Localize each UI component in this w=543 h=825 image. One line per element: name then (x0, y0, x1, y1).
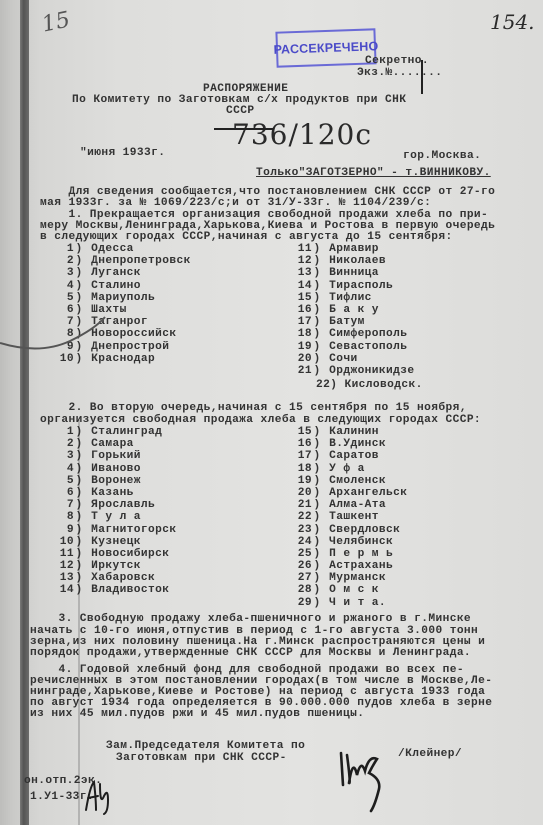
city-name: Батум (322, 316, 365, 328)
city-list-1-extra: 22) Кисловодск. (316, 379, 423, 391)
city-name: Симферополь (322, 328, 407, 340)
bracket: ) (312, 511, 322, 523)
city-name: Сочи (322, 353, 358, 365)
city-name: Тирасполь (322, 280, 393, 292)
bracket: ) (74, 560, 84, 572)
item-number: 15 (286, 292, 312, 304)
city-name: Ярославль (84, 499, 155, 511)
city-name: Воронеж (84, 475, 141, 487)
city-list-item: 24) Челябинск (286, 536, 407, 548)
city-name: Иркутск (84, 560, 141, 572)
paragraph-2-line-2: организуется свободная продажа хлеба в с… (40, 414, 481, 426)
item-number: 21 (286, 499, 312, 511)
city-list-item: 26) Астрахань (286, 560, 407, 572)
city-name: О м с к (322, 584, 379, 596)
bracket: ) (74, 511, 84, 523)
city-list-item: 1) Сталинград (48, 426, 176, 438)
city-name: Алма-Ата (322, 499, 386, 511)
city-name: Владивосток (84, 584, 169, 596)
item-number: 6 (48, 487, 74, 499)
paragraph-4-line-5: из них 45 мил.пудов ржи и 45 мил.пудов п… (30, 708, 364, 720)
city-list-item: 17) Батум (286, 316, 414, 328)
bracket: ) (312, 463, 322, 475)
bracket: ) (312, 560, 322, 572)
bracket: ) (312, 292, 322, 304)
city-list-item: 29) Ч и т а. (286, 597, 407, 609)
registration-number: 736/120с (232, 118, 372, 151)
bracket: ) (74, 463, 84, 475)
item-number: 16 (286, 438, 312, 450)
item-number: 13 (286, 267, 312, 279)
city-name: Луганск (84, 267, 141, 279)
item-number: 4 (48, 280, 74, 292)
bracket: ) (74, 524, 84, 536)
signer-title-1: Зам.Председателя Комитета по (106, 740, 305, 752)
item-number: 16 (286, 304, 312, 316)
bracket: ) (312, 365, 322, 377)
city-list-item: 8) Т у л а (48, 511, 176, 523)
item-number: 21 (286, 365, 312, 377)
city-name: Сталино (84, 280, 141, 292)
paragraph-3-line-4: порядок продажи,утвержденные СНК СССР дл… (30, 647, 471, 659)
item-number: 19 (286, 475, 312, 487)
city-list-item: 11) Армавир (286, 243, 414, 255)
city-name: Севастополь (322, 341, 407, 353)
city-name: Армавир (322, 243, 379, 255)
item-number: 10 (48, 536, 74, 548)
city-list-1-right: 11) Армавир12) Николаев13) Винница14) Ти… (286, 243, 414, 377)
city-list-item: 23) Свердловск (286, 524, 407, 536)
city-name: Горький (84, 450, 141, 462)
addressee: Только"ЗАГОТЗЕРНО" - т.ВИННИКОВУ. (256, 167, 491, 179)
city-name: Днепропетровск (84, 255, 191, 267)
city-list-item: 5) Воронеж (48, 475, 176, 487)
item-number: 18 (286, 328, 312, 340)
document-page: 15 154. РАССЕКРЕЧЕНО Секретно. Экз.№....… (0, 0, 543, 825)
bracket: ) (312, 328, 322, 340)
city-name: Иваново (84, 463, 141, 475)
city-name: Винница (322, 267, 379, 279)
bracket: ) (312, 536, 322, 548)
item-number: 17 (286, 450, 312, 462)
item-number: 19 (286, 341, 312, 353)
city-list-item: 20) Сочи (286, 353, 414, 365)
city-name: Мурманск (322, 572, 386, 584)
item-number: 12 (286, 255, 312, 267)
bracket: ) (74, 548, 84, 560)
item-number: 15 (286, 426, 312, 438)
city-name: Магнитогорск (84, 524, 176, 536)
city-list-item: 2) Днепропетровск (48, 255, 191, 267)
city-list-item: 17) Саратов (286, 450, 407, 462)
bracket: ) (74, 438, 84, 450)
bracket: ) (74, 450, 84, 462)
item-number: 24 (286, 536, 312, 548)
city-name: Казань (84, 487, 134, 499)
bracket: ) (74, 475, 84, 487)
bracket: ) (312, 243, 322, 255)
city-list-item: 20) Архангельск (286, 487, 407, 499)
city-list-2-right: 15) Калинин16) В.Удинск17) Саратов18) У … (286, 426, 407, 609)
city-name: Орджоникидзе (322, 365, 414, 377)
item-number: 23 (286, 524, 312, 536)
city-name: У ф а (322, 463, 365, 475)
city-name: Сталинград (84, 426, 162, 438)
city-list-item: 4) Сталино (48, 280, 191, 292)
city-name: П е р м ь (322, 548, 393, 560)
city-name: В.Удинск (322, 438, 386, 450)
city-list-item: 21) Орджоникидзе (286, 365, 414, 377)
declassified-stamp: РАССЕКРЕЧЕНО (275, 28, 376, 67)
city-list-item: 22) Ташкент (286, 511, 407, 523)
bracket: ) (74, 243, 84, 255)
bracket: ) (312, 524, 322, 536)
city-list-item: 18) Симферополь (286, 328, 414, 340)
pen-stroke-icon (0, 295, 140, 355)
city-name: Ташкент (322, 511, 379, 523)
initials-icon (82, 776, 122, 816)
city-list-item: 3) Горький (48, 450, 176, 462)
city-name: Смоленск (322, 475, 386, 487)
city-name: Хабаровск (84, 572, 155, 584)
city-name: Свердловск (322, 524, 400, 536)
bracket: ) (74, 426, 84, 438)
city-list-item: 21) Алма-Ата (286, 499, 407, 511)
city-list-item: 12) Николаев (286, 255, 414, 267)
city-list-item: 3) Луганск (48, 267, 191, 279)
item-number: 3 (48, 267, 74, 279)
copy-number: Экз.№....... (357, 67, 442, 79)
bracket: ) (74, 499, 84, 511)
item-number: 4 (48, 463, 74, 475)
city-name: Кузнецк (84, 536, 141, 548)
signer-name: /Клейнер/ (398, 748, 462, 760)
city-list-2-left: 1) Сталинград2) Самара3) Горький4) Ивано… (48, 426, 176, 597)
bracket: ) (74, 572, 84, 584)
paragraph-3-line-1: 3. Свободную продажу хлеба-пшеничного и … (30, 613, 471, 625)
city-list-item: 27) Мурманск (286, 572, 407, 584)
bracket: ) (312, 499, 322, 511)
item-number: 3 (48, 450, 74, 462)
city-name: Одесса (84, 243, 134, 255)
city-name: Ч и т а. (322, 597, 386, 609)
bracket: ) (312, 597, 322, 609)
bracket: ) (74, 267, 84, 279)
bracket: ) (312, 487, 322, 499)
item-number: 20 (286, 487, 312, 499)
bracket: ) (312, 267, 322, 279)
paragraph-2-line-1: 2. Во вторую очередь,начиная с 15 сентяб… (40, 402, 467, 414)
item-number: 2 (48, 438, 74, 450)
city-name: Саратов (322, 450, 379, 462)
city-name: Астрахань (322, 560, 393, 572)
bracket: ) (74, 280, 84, 292)
item-number: 18 (286, 463, 312, 475)
item-number: 14 (286, 280, 312, 292)
city-list-item: 13) Винница (286, 267, 414, 279)
city-list-item: 16) Б а к у (286, 304, 414, 316)
city-name: Тифлис (322, 292, 372, 304)
city-list-item: 13) Хабаровск (48, 572, 176, 584)
item-number: 12 (48, 560, 74, 572)
city-list-item: 19) Смоленск (286, 475, 407, 487)
city-list-item: 1) Одесса (48, 243, 191, 255)
bracket: ) (312, 584, 322, 596)
city-list-item: 19) Севастополь (286, 341, 414, 353)
city-list-item: 14) Владивосток (48, 584, 176, 596)
bracket: ) (312, 316, 322, 328)
city-name: Калинин (322, 426, 379, 438)
item-number: 29 (286, 597, 312, 609)
item-number: 7 (48, 499, 74, 511)
secrecy-label: Секретно. (365, 55, 429, 67)
item-number: 13 (48, 572, 74, 584)
bracket: ) (312, 572, 322, 584)
item-number: 11 (48, 548, 74, 560)
city-list-item: 25) П е р м ь (286, 548, 407, 560)
item-number: 1 (48, 243, 74, 255)
intro-line-2: мая 1933г. за № 1069/223/с;и от 31/У-33г… (40, 197, 431, 209)
page-number: 154. (490, 10, 535, 34)
item-number: 14 (48, 584, 74, 596)
bracket: ) (312, 280, 322, 292)
bracket: ) (74, 487, 84, 499)
item-number: 5 (48, 475, 74, 487)
bracket: ) (312, 450, 322, 462)
item-number: 11 (286, 243, 312, 255)
item-number: 22 (286, 511, 312, 523)
signer-title-2: Заготовкам при СНК СССР- (116, 752, 287, 764)
item-number: 9 (48, 524, 74, 536)
corner-mark: 15 (40, 7, 73, 37)
document-date: "июня 1933г. (80, 147, 165, 159)
bracket: ) (312, 438, 322, 450)
bracket: ) (74, 584, 84, 596)
city-name: Т у л а (84, 511, 141, 523)
city-name: Б а к у (322, 304, 379, 316)
city-name: Челябинск (322, 536, 393, 548)
city-list-item: 18) У ф а (286, 463, 407, 475)
city-list-item: 6) Казань (48, 487, 176, 499)
bracket: ) (74, 255, 84, 267)
city-list-item: 11) Новосибирск (48, 548, 176, 560)
city-name: Архангельск (322, 487, 407, 499)
item-number: 20 (286, 353, 312, 365)
city-list-item: 16) В.Удинск (286, 438, 407, 450)
bracket: ) (74, 536, 84, 548)
paragraph-1-line-3: в следующих городах СССР,начиная с авгус… (40, 231, 453, 243)
item-number: 1 (48, 426, 74, 438)
document-place: гор.Москва. (403, 150, 481, 162)
city-list-item: 10) Кузнецк (48, 536, 176, 548)
city-list-item: 15) Калинин (286, 426, 407, 438)
city-list-item: 4) Иваново (48, 463, 176, 475)
item-number: 26 (286, 560, 312, 572)
city-list-item: 7) Ярославль (48, 499, 176, 511)
city-name: Самара (84, 438, 134, 450)
city-list-item: 28) О м с к (286, 584, 407, 596)
item-number: 8 (48, 511, 74, 523)
bracket: ) (312, 353, 322, 365)
item-number: 25 (286, 548, 312, 560)
city-list-item: 12) Иркутск (48, 560, 176, 572)
copy-mark (421, 60, 423, 94)
city-list-item: 14) Тирасполь (286, 280, 414, 292)
city-name: Николаев (322, 255, 386, 267)
document-subtitle-2: СССР (226, 105, 254, 117)
city-list-item: 2) Самара (48, 438, 176, 450)
item-number: 2 (48, 255, 74, 267)
item-number: 17 (286, 316, 312, 328)
bracket: ) (312, 475, 322, 487)
city-list-item: 9) Магнитогорск (48, 524, 176, 536)
binding-edge (20, 0, 29, 825)
bracket: ) (312, 548, 322, 560)
city-name: Новосибирск (84, 548, 169, 560)
city-list-item: 15) Тифлис (286, 292, 414, 304)
bracket: ) (312, 426, 322, 438)
bracket: ) (312, 255, 322, 267)
item-number: 28 (286, 584, 312, 596)
item-number: 27 (286, 572, 312, 584)
bracket: ) (312, 304, 322, 316)
signature-icon (335, 745, 400, 815)
registration-underline (214, 128, 274, 130)
bracket: ) (312, 341, 322, 353)
